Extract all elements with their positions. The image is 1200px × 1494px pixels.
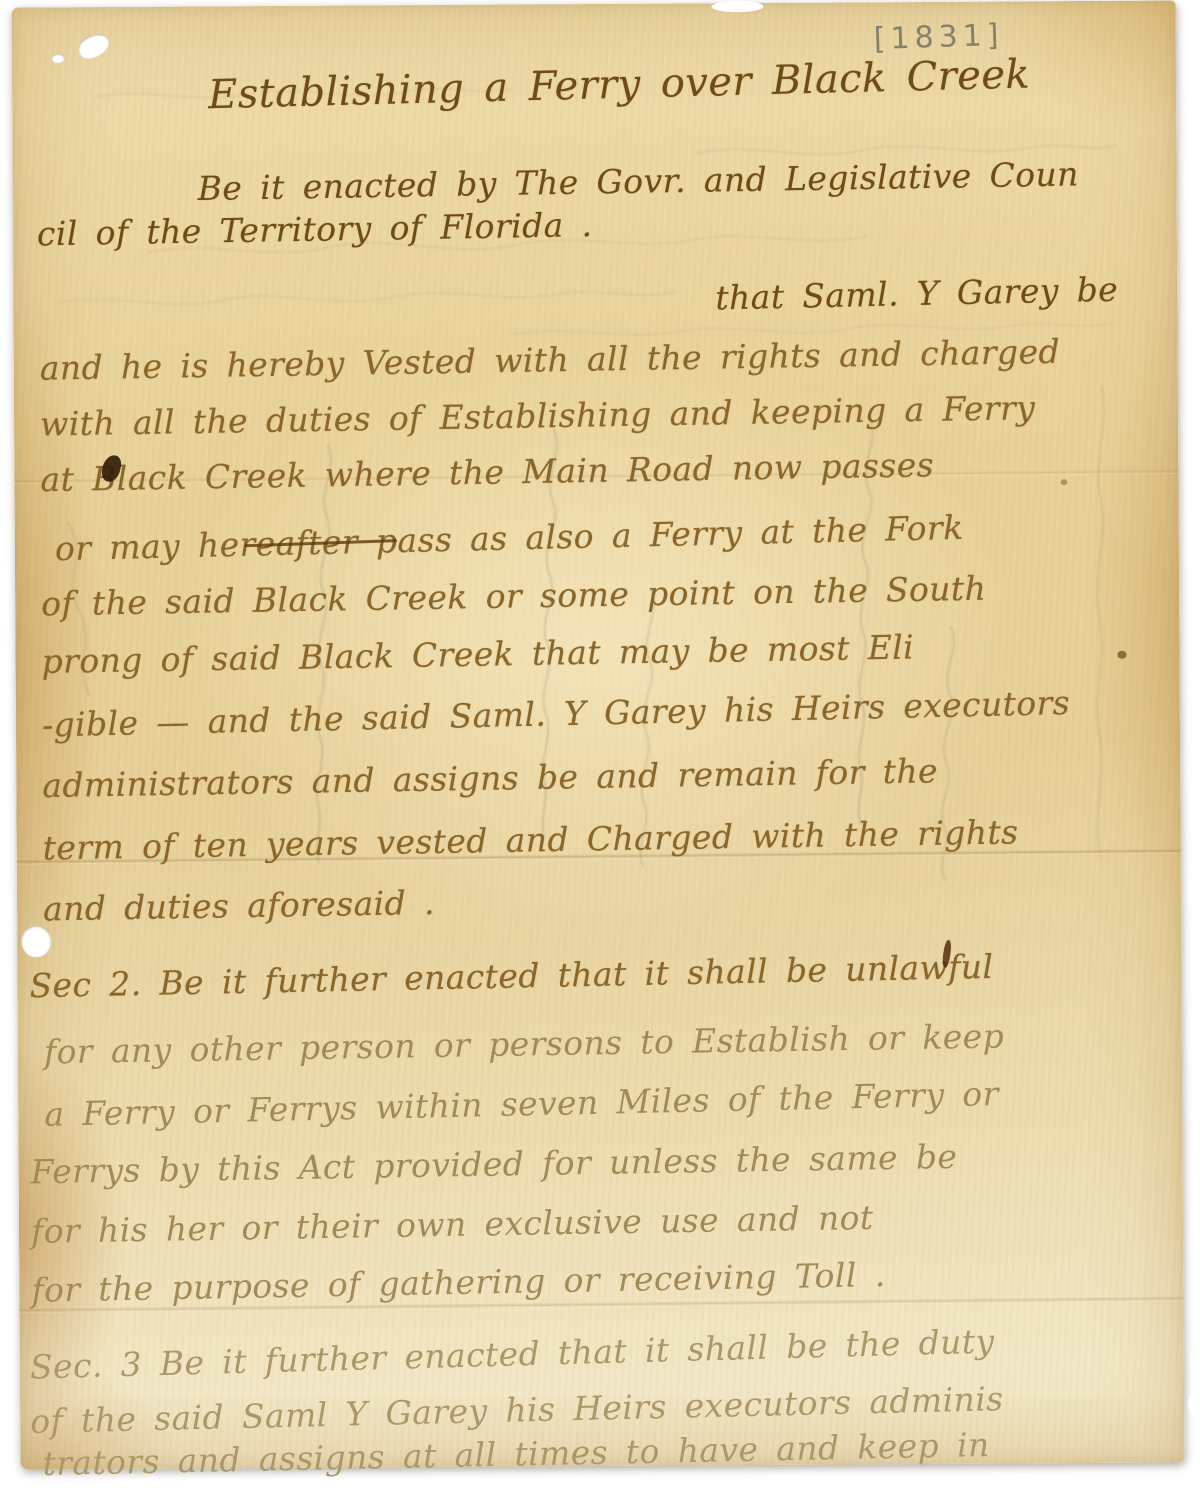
manuscript-line: of the said Black Creek or some point on… bbox=[41, 569, 987, 624]
manuscript-line: for his her or their own exclusive use a… bbox=[31, 1198, 874, 1251]
manuscript-line: Sec 2. Be it further enacted that it sha… bbox=[29, 947, 994, 1005]
manuscript-line: -gible — and the said Saml. Y Garey his … bbox=[42, 683, 1071, 744]
manuscript-line: administrators and assigns be and remain… bbox=[42, 751, 938, 805]
year-annotation: [1831] bbox=[873, 18, 1004, 57]
manuscript-line: term of ten years vested and Charged wit… bbox=[42, 812, 1018, 867]
manuscript-page: [1831] Establishing a Ferry over Black C… bbox=[12, 0, 1185, 1469]
manuscript-line: Be it enacted by The Govr. and Legislati… bbox=[197, 154, 1079, 208]
manuscript-line: at Black Creek where the Main Road now p… bbox=[40, 445, 934, 499]
torn-edge-nick bbox=[1188, 1390, 1200, 1416]
document-title: Establishing a Ferry over Black Creek bbox=[208, 51, 1031, 118]
ink-blot bbox=[100, 453, 123, 483]
manuscript-line: and duties aforesaid . bbox=[43, 883, 435, 928]
manuscript-line: with all the duties of Establishing and … bbox=[40, 388, 1036, 443]
worm-hole bbox=[51, 52, 65, 64]
manuscript-line: a Ferry or Ferrys within seven Miles of … bbox=[44, 1074, 999, 1134]
strikethrough-correction bbox=[245, 539, 397, 547]
manuscript-line: and he is hereby Vested with all the rig… bbox=[39, 332, 1060, 388]
manuscript-line: of the said Saml Y Garey his Heirs execu… bbox=[30, 1379, 1004, 1441]
manuscript-line: for the purpose of gathering or receivin… bbox=[31, 1255, 886, 1310]
manuscript-line: prong of said Black Creek that may be mo… bbox=[41, 628, 914, 681]
manuscript-line: or may hereafter pass as also a Ferry at… bbox=[54, 508, 963, 568]
torn-edge-nick bbox=[21, 925, 51, 957]
ink-bleed-through-marks bbox=[12, 0, 1185, 1469]
ink-fleck bbox=[1117, 651, 1126, 659]
ink-blot bbox=[942, 940, 953, 969]
manuscript-line: cil of the Territory of Florida . bbox=[37, 205, 593, 253]
manuscript-line: Ferrys by this Act provided for unless t… bbox=[30, 1137, 957, 1191]
fold-crease bbox=[19, 1296, 1183, 1313]
fold-crease bbox=[14, 469, 1178, 484]
manuscript-line: for any other person or persons to Estab… bbox=[44, 1017, 1005, 1072]
manuscript-line: trators and assigns at all times to have… bbox=[42, 1425, 990, 1483]
scan-background: [1831] Establishing a Ferry over Black C… bbox=[0, 0, 1200, 1494]
manuscript-line: Sec. 3 Be it further enacted that it sha… bbox=[29, 1321, 995, 1386]
worm-hole bbox=[75, 31, 112, 62]
torn-edge-nick bbox=[712, 1, 764, 12]
fold-crease bbox=[17, 848, 1181, 864]
ink-fleck bbox=[1060, 479, 1067, 485]
manuscript-line: that Saml. Y Garey be bbox=[715, 270, 1119, 318]
